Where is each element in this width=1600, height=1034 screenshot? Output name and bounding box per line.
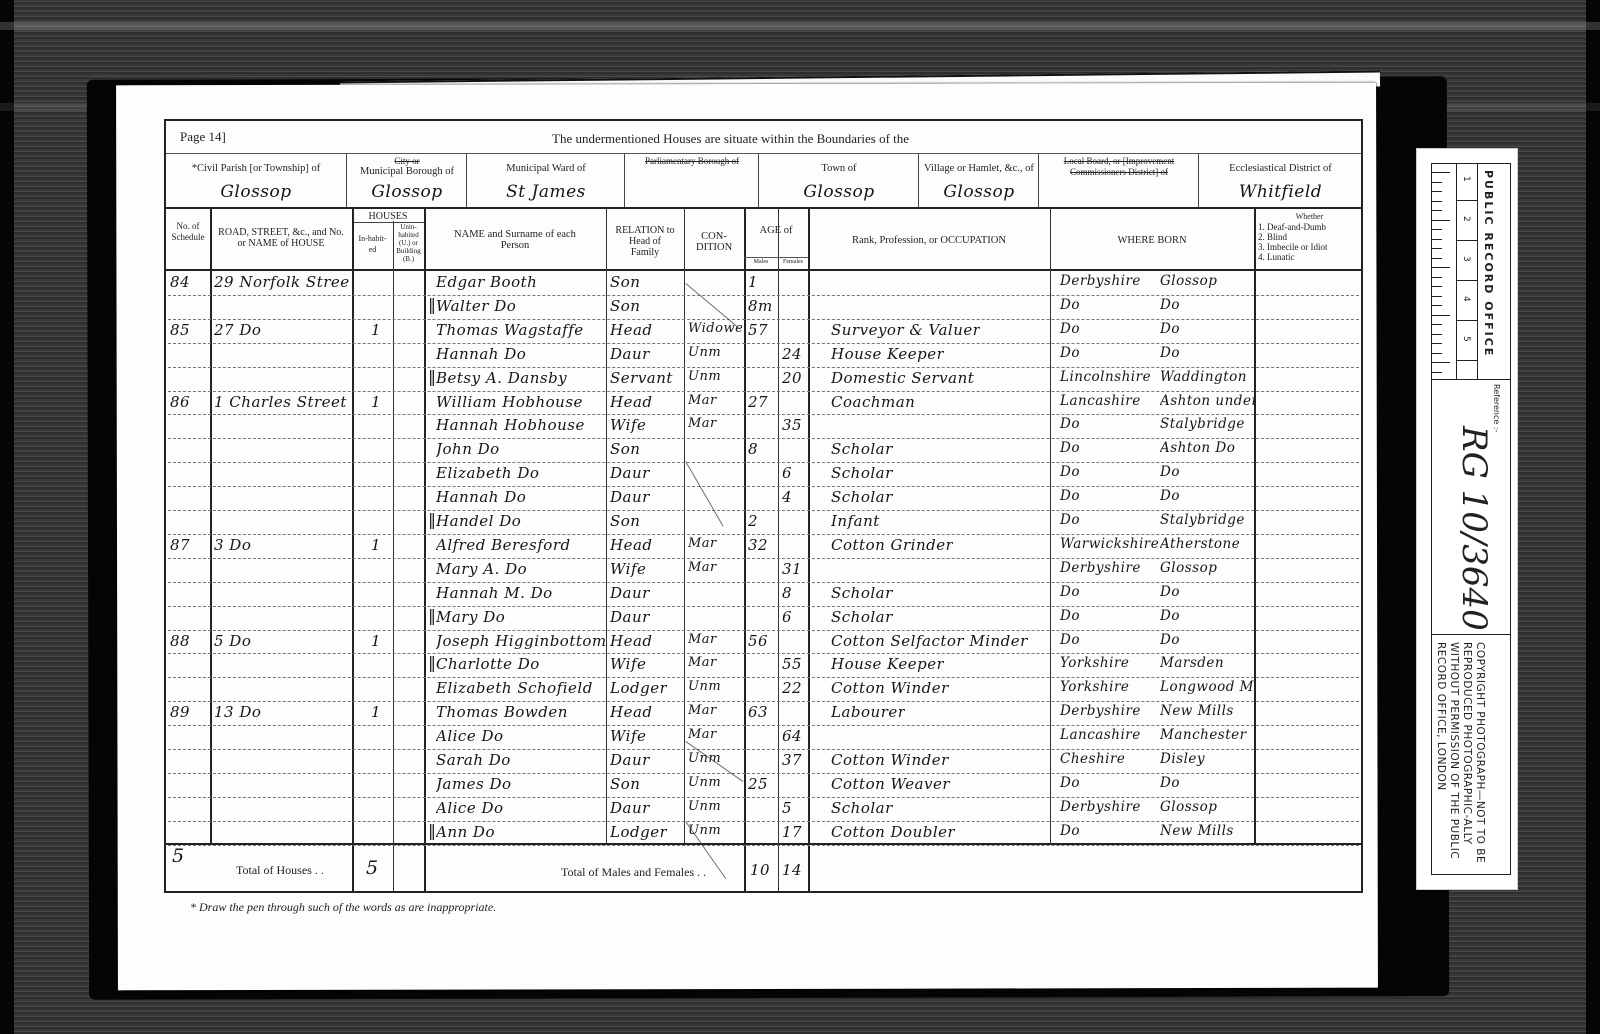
- district-cell: Parliamentary Borough of: [624, 154, 759, 207]
- birth-county: Yorkshire: [1060, 679, 1129, 695]
- schedule-number: 86: [170, 393, 190, 411]
- whether-option: 1. Deaf-and-Dumb: [1258, 222, 1361, 232]
- relation: Wife: [610, 560, 646, 578]
- person-name: Sarah Do: [436, 751, 511, 769]
- divider: [744, 257, 808, 258]
- census-row: Mary DoDaur6ScholarDoDo: [166, 606, 1361, 630]
- inhabited-mark: 1: [371, 632, 381, 650]
- scan-edge-right: [1586, 0, 1600, 1034]
- marital-condition: Mar: [688, 416, 717, 431]
- occupation: House Keeper: [831, 655, 944, 673]
- birth-place: Do: [1160, 488, 1180, 504]
- birth-place: Do: [1160, 608, 1180, 624]
- ruled-line: [168, 630, 1359, 631]
- birth-place: Longwood Moor: [1160, 679, 1256, 695]
- marital-condition: Unm: [688, 799, 721, 814]
- address: 13 Do: [214, 703, 261, 721]
- ruled-line: [168, 773, 1359, 774]
- address: 27 Do: [214, 321, 261, 339]
- age-male: 2: [748, 512, 758, 530]
- district-label: Municipal Borough of: [347, 166, 467, 177]
- whether-option: 3. Imbecile or Idiot: [1258, 242, 1361, 252]
- age-male: 63: [748, 703, 768, 721]
- birth-county: Do: [1060, 464, 1080, 480]
- relation: Head: [610, 321, 653, 339]
- archive-reference-tag: 12345 PUBLIC RECORD OFFICE Reference :- …: [1416, 148, 1518, 890]
- birth-place: Manchester: [1160, 727, 1247, 743]
- relation: Son: [610, 297, 640, 315]
- person-name: Charlotte Do: [436, 655, 540, 673]
- district-label: Town of: [759, 163, 919, 174]
- district-value: Glossop: [347, 182, 467, 202]
- person-name: Hannah Do: [436, 488, 526, 506]
- district-cell: Municipal Ward ofSt James: [466, 154, 625, 207]
- age-male: 8: [748, 440, 758, 458]
- occupation: Cotton Winder: [831, 679, 949, 697]
- occupation: Scholar: [831, 464, 893, 482]
- household-separator: ‖: [428, 510, 437, 529]
- birth-county: Do: [1060, 608, 1080, 624]
- column-rule: [393, 221, 394, 891]
- birth-place: Glossop: [1160, 560, 1217, 576]
- birth-place: Stalybridge: [1160, 416, 1245, 432]
- total-males: 10: [750, 861, 770, 879]
- reference-number: RG 10/3640: [1454, 426, 1494, 631]
- ruled-line: [168, 558, 1359, 559]
- person-name: Mary Do: [436, 608, 505, 626]
- ruler-mark: 3: [1461, 256, 1471, 262]
- birth-county: Derbyshire: [1060, 273, 1141, 289]
- relation: Lodger: [610, 679, 667, 697]
- total-females: 14: [782, 861, 802, 879]
- age-female: 31: [782, 560, 802, 578]
- occupation: Labourer: [831, 703, 905, 721]
- census-row: John DoSon8ScholarDoAshton Do: [166, 438, 1361, 462]
- person-name: Hannah M. Do: [436, 584, 553, 602]
- marital-condition: Unm: [688, 679, 721, 694]
- birth-place: Disley: [1160, 751, 1205, 767]
- birth-place: Ashton under Lyne: [1160, 393, 1256, 409]
- ruled-line: [168, 797, 1359, 798]
- ruled-line: [168, 438, 1359, 439]
- birth-county: Do: [1060, 512, 1080, 528]
- person-name: John Do: [436, 440, 500, 458]
- relation: Son: [610, 440, 640, 458]
- inhabited-mark: 1: [371, 536, 381, 554]
- census-row: Charlotte DoWifeMar55House KeeperYorkshi…: [166, 653, 1361, 677]
- birth-place: Stalybridge: [1160, 512, 1245, 528]
- occupation: Domestic Servant: [831, 369, 974, 387]
- birth-county: Do: [1060, 440, 1080, 456]
- ruled-line: [168, 486, 1359, 487]
- birth-county: Do: [1060, 297, 1080, 313]
- col-inhabited: In-habit-ed: [352, 233, 393, 255]
- district-value: Glossop: [919, 182, 1039, 202]
- district-struck-label: Parliamentary Borough of: [625, 156, 759, 167]
- census-row: Hannah M. DoDaur8ScholarDoDo: [166, 582, 1361, 606]
- relation: Wife: [610, 727, 646, 745]
- ruled-line: [168, 534, 1359, 535]
- relation: Daur: [610, 799, 650, 817]
- household-separator: ‖: [428, 367, 437, 386]
- total-schedules: 5: [172, 845, 184, 867]
- ruled-line: [168, 845, 1359, 846]
- person-name: Ann Do: [436, 823, 495, 841]
- census-row: Handel DoSon2InfantDoStalybridge: [166, 510, 1361, 534]
- occupation: Scholar: [831, 799, 893, 817]
- column-rule: [808, 207, 810, 891]
- col-name: NAME and Surname of each Person: [424, 229, 606, 251]
- birth-place: Do: [1160, 775, 1180, 791]
- district-label: *Civil Parish [or Township] of: [166, 163, 346, 174]
- ruled-line: [168, 510, 1359, 511]
- age-female: 22: [782, 679, 802, 697]
- birth-county: Do: [1060, 823, 1080, 839]
- relation: Lodger: [610, 823, 667, 841]
- census-row: Hannah DoDaur4ScholarDoDo: [166, 486, 1361, 510]
- person-name: Thomas Bowden: [436, 703, 568, 721]
- birth-place: New Mills: [1160, 703, 1234, 719]
- marital-condition: Unm: [688, 775, 721, 790]
- birth-county: Do: [1060, 775, 1080, 791]
- age-male: 25: [748, 775, 768, 793]
- address: 3 Do: [214, 536, 251, 554]
- ruled-line: [168, 343, 1359, 344]
- person-name: Edgar Booth: [436, 273, 537, 291]
- column-rule: [606, 207, 607, 843]
- census-row: 873 Do1Alfred BeresfordHeadMar32Cotton G…: [166, 534, 1361, 558]
- person-name: Elizabeth Do: [436, 464, 539, 482]
- col-females: Females: [778, 259, 808, 266]
- birth-county: Do: [1060, 416, 1080, 432]
- birth-county: Derbyshire: [1060, 703, 1141, 719]
- birth-county: Yorkshire: [1060, 655, 1129, 671]
- birth-place: Waddington: [1160, 369, 1247, 385]
- scale-ruler: [1432, 164, 1457, 379]
- inhabited-mark: 1: [371, 703, 381, 721]
- schedule-number: 84: [170, 273, 190, 291]
- birth-place: Ashton Do: [1160, 440, 1235, 456]
- ruled-line: [168, 725, 1359, 726]
- birth-county: Do: [1060, 345, 1080, 361]
- age-male: 8m: [748, 297, 773, 315]
- birth-place: Do: [1160, 297, 1180, 313]
- column-rule: [744, 207, 746, 891]
- occupation: House Keeper: [831, 345, 944, 363]
- birth-place: Do: [1160, 345, 1180, 361]
- marital-condition: Mar: [688, 536, 717, 551]
- occupation: Scholar: [831, 584, 893, 602]
- relation: Head: [610, 632, 653, 650]
- birth-county: Lancashire: [1060, 727, 1141, 743]
- census-row: Alice DoDaurUnm5ScholarDerbyshireGlossop: [166, 797, 1361, 821]
- ruled-line: [168, 367, 1359, 368]
- district-label: Village or Hamlet, &c., of: [919, 163, 1039, 174]
- page-number: Page 14]: [180, 129, 226, 145]
- total-houses: 5: [366, 857, 378, 879]
- marital-condition: Mar: [688, 727, 717, 742]
- birth-place: Marsden: [1160, 655, 1224, 671]
- address: 5 Do: [214, 632, 251, 650]
- birth-place: Atherstone: [1160, 536, 1240, 552]
- age-female: 24: [782, 345, 802, 363]
- ruled-line: [168, 462, 1359, 463]
- relation: Son: [610, 775, 640, 793]
- ruled-line: [168, 653, 1359, 654]
- occupation: Cotton Weaver: [831, 775, 950, 793]
- marital-condition: Mar: [688, 560, 717, 575]
- address: 1 Charles Street: [214, 393, 347, 411]
- col-where-born: WHERE BORN: [1050, 235, 1254, 246]
- census-row: 8913 Do1Thomas BowdenHeadMar63LabourerDe…: [166, 701, 1361, 725]
- occupation: Cotton Grinder: [831, 536, 953, 554]
- occupation: Surveyor & Valuer: [831, 321, 980, 339]
- inhabited-mark: 1: [371, 321, 381, 339]
- ruled-line: [168, 701, 1359, 702]
- age-male: 32: [748, 536, 768, 554]
- district-cell: Village or Hamlet, &c., ofGlossop: [918, 154, 1039, 207]
- census-row: Hannah DoDaurUnm24House KeeperDoDo: [166, 343, 1361, 367]
- age-female: 37: [782, 751, 802, 769]
- schedule-number: 85: [170, 321, 190, 339]
- district-cell: Local Board, or [Improvement Commissione…: [1038, 154, 1199, 207]
- district-value: Whitfield: [1199, 182, 1362, 202]
- person-name: Hannah Do: [436, 345, 526, 363]
- birth-county: Cheshire: [1060, 751, 1125, 767]
- census-row: 885 Do1Joseph HigginbottomHeadMar56Cotto…: [166, 630, 1361, 654]
- column-rule: [1254, 207, 1256, 843]
- census-row: 8429 Norfolk StreetEdgar BoothSon1Derbys…: [166, 271, 1361, 295]
- copyright-notice: COPYRIGHT PHOTOGRAPH—NOT TO BE REPRODUCE…: [1434, 642, 1486, 867]
- district-label: Ecclesiastical District of: [1199, 163, 1362, 174]
- district-cell: Ecclesiastical District ofWhitfield: [1198, 154, 1362, 207]
- age-female: 4: [782, 488, 792, 506]
- schedule-number: 88: [170, 632, 190, 650]
- footnote: * Draw the pen through such of the words…: [190, 900, 496, 915]
- birth-county: Do: [1060, 488, 1080, 504]
- ruled-line: [168, 414, 1359, 415]
- census-form: Page 14] The undermentioned Houses are s…: [164, 119, 1363, 893]
- birth-place: Glossop: [1160, 799, 1217, 815]
- household-separator: ‖: [428, 821, 437, 840]
- relation: Head: [610, 393, 653, 411]
- person-name: Alfred Beresford: [436, 536, 571, 554]
- district-value: Glossop: [166, 182, 346, 202]
- col-relation: RELATION to Head of Family: [606, 225, 684, 258]
- divider: [166, 207, 1361, 209]
- archive-title: PUBLIC RECORD OFFICE: [1482, 170, 1495, 357]
- relation: Wife: [610, 655, 646, 673]
- age-female: 20: [782, 369, 802, 387]
- person-name: Hannah Hobhouse: [436, 416, 585, 434]
- district-cell: *Civil Parish [or Township] ofGlossop: [166, 154, 346, 207]
- birth-county: Lincolnshire: [1060, 369, 1151, 385]
- ruled-line: [168, 391, 1359, 392]
- occupation: Cotton Doubler: [831, 823, 955, 841]
- age-female: 17: [782, 823, 802, 841]
- relation: Son: [610, 273, 640, 291]
- column-rule: [210, 207, 212, 843]
- marital-condition: Unm: [688, 345, 721, 360]
- col-road: ROAD, STREET, &c., and No. or NAME of HO…: [210, 227, 352, 249]
- person-name: Walter Do: [436, 297, 516, 315]
- whether-option: 4. Lunatic: [1258, 252, 1361, 262]
- birth-place: Do: [1160, 632, 1180, 648]
- ruled-line: [168, 295, 1359, 296]
- col-age: AGE of: [744, 225, 808, 236]
- column-rule: [1050, 207, 1051, 843]
- total-persons-label: Total of Males and Females . .: [561, 865, 706, 880]
- relation: Daur: [610, 464, 650, 482]
- birth-place: Do: [1160, 321, 1180, 337]
- birth-place: Glossop: [1160, 273, 1217, 289]
- person-name: Mary A. Do: [436, 560, 527, 578]
- age-female: 5: [782, 799, 792, 817]
- occupation: Scholar: [831, 488, 893, 506]
- census-row: Elizabeth SchofieldLodgerUnm22Cotton Win…: [166, 677, 1361, 701]
- age-male: 56: [748, 632, 768, 650]
- column-rule: [424, 207, 426, 891]
- age-male: 1: [748, 273, 758, 291]
- relation: Servant: [610, 369, 673, 387]
- census-row: James DoSonUnm25Cotton WeaverDoDo: [166, 773, 1361, 797]
- age-male: 27: [748, 393, 768, 411]
- household-separator: ‖: [428, 606, 437, 625]
- district-label: Municipal Ward of: [467, 163, 625, 174]
- census-row: Elizabeth DoDaur6ScholarDoDo: [166, 462, 1361, 486]
- person-name: Alice Do: [436, 727, 504, 745]
- marital-condition: Mar: [688, 632, 717, 647]
- birth-place: Do: [1160, 584, 1180, 600]
- ruler-mark: 1: [1461, 176, 1471, 182]
- age-female: 64: [782, 727, 802, 745]
- birth-county: Derbyshire: [1060, 799, 1141, 815]
- relation: Son: [610, 512, 640, 530]
- birth-county: Do: [1060, 584, 1080, 600]
- person-name: Elizabeth Schofield: [436, 679, 593, 697]
- occupation: Cotton Winder: [831, 751, 949, 769]
- occupation: Coachman: [831, 393, 915, 411]
- marital-condition: Mar: [688, 655, 717, 670]
- relation: Head: [610, 536, 653, 554]
- occupation: Cotton Selfactor Minder: [831, 632, 1028, 650]
- ruler-mark: 2: [1461, 216, 1471, 222]
- scan-edge-left: [0, 0, 14, 1034]
- occupation: Scholar: [831, 440, 893, 458]
- col-condition: CON-DITION: [684, 231, 744, 253]
- birth-place: Do: [1160, 464, 1180, 480]
- col-houses: HOUSES: [352, 211, 424, 223]
- age-male: 57: [748, 321, 768, 339]
- person-name: Handel Do: [436, 512, 521, 530]
- relation: Daur: [610, 488, 650, 506]
- boundaries-heading: The undermentioned Houses are situate wi…: [552, 131, 909, 147]
- marital-condition: Mar: [688, 393, 717, 408]
- district-value: St James: [467, 182, 625, 202]
- person-name: James Do: [436, 775, 512, 793]
- household-separator: ‖: [428, 653, 437, 672]
- ruled-line: [168, 319, 1359, 320]
- ruler-mark: 5: [1461, 336, 1471, 342]
- whether-title: Whether: [1258, 211, 1361, 222]
- age-female: 55: [782, 655, 802, 673]
- ruled-line: [168, 677, 1359, 678]
- ruled-line: [168, 749, 1359, 750]
- birth-county: Do: [1060, 632, 1080, 648]
- col-schedule: No. of Schedule: [166, 221, 210, 243]
- col-occupation: Rank, Profession, or OCCUPATION: [808, 235, 1050, 246]
- scale-ruler-numbers: 12345: [1457, 164, 1478, 379]
- birth-place: New Mills: [1160, 823, 1234, 839]
- ruled-line: [168, 821, 1359, 822]
- relation: Wife: [610, 416, 646, 434]
- relation: Daur: [610, 345, 650, 363]
- census-row: Walter DoSon8mDoDo: [166, 295, 1361, 319]
- birth-county: Warwickshire: [1060, 536, 1159, 552]
- occupation: Infant: [831, 512, 880, 530]
- census-row: Betsy A. DansbyServantUnm20Domestic Serv…: [166, 367, 1361, 391]
- census-row: 8527 Do1Thomas WagstaffeHeadWidower57Sur…: [166, 319, 1361, 343]
- relation: Daur: [610, 584, 650, 602]
- inhabited-mark: 1: [371, 393, 381, 411]
- marital-condition: Unm: [688, 369, 721, 384]
- age-female: 35: [782, 416, 802, 434]
- age-female: 8: [782, 584, 792, 602]
- relation: Daur: [610, 608, 650, 626]
- column-rule: [352, 207, 354, 891]
- total-houses-label: Total of Houses . .: [236, 863, 324, 878]
- ruled-line: [168, 606, 1359, 607]
- person-name: William Hobhouse: [436, 393, 583, 411]
- schedule-number: 87: [170, 536, 190, 554]
- col-uninhabited: Unin-habited (U.) or Building (B.): [393, 223, 424, 263]
- birth-county: Lancashire: [1060, 393, 1141, 409]
- person-name: Betsy A. Dansby: [436, 369, 567, 387]
- column-rule: [778, 207, 779, 891]
- census-row: Sarah DoDaurUnm37Cotton WinderCheshireDi…: [166, 749, 1361, 773]
- col-whether: Whether1. Deaf-and-Dumb2. Blind3. Imbeci…: [1258, 211, 1361, 262]
- district-value: Glossop: [759, 182, 919, 202]
- person-name: Joseph Higginbottom: [436, 632, 607, 650]
- relation: Head: [610, 703, 653, 721]
- district-cell: Town ofGlossop: [758, 154, 919, 207]
- household-separator: ‖: [428, 295, 437, 314]
- person-name: Alice Do: [436, 799, 504, 817]
- relation: Daur: [610, 751, 650, 769]
- census-row: Alice DoWifeMar64LancashireManchester: [166, 725, 1361, 749]
- district-struck-label: Local Board, or [Improvement Commissione…: [1039, 156, 1199, 178]
- age-female: 6: [782, 608, 792, 626]
- whether-option: 2. Blind: [1258, 232, 1361, 242]
- col-males: Males: [744, 259, 778, 266]
- age-female: 6: [782, 464, 792, 482]
- district-cell: City orMunicipal Borough ofGlossop: [346, 154, 467, 207]
- census-row: Hannah HobhouseWifeMar35DoStalybridge: [166, 414, 1361, 438]
- scan-band: [0, 22, 1600, 30]
- birth-county: Do: [1060, 321, 1080, 337]
- census-row: Mary A. DoWifeMar31DerbyshireGlossop: [166, 558, 1361, 582]
- census-row: 861 Charles Street1William HobhouseHeadM…: [166, 391, 1361, 415]
- address: 29 Norfolk Street: [214, 273, 350, 291]
- census-row: Ann DoLodgerUnm17Cotton DoublerDoNew Mil…: [166, 821, 1361, 845]
- ruler-mark: 4: [1461, 296, 1471, 302]
- birth-county: Derbyshire: [1060, 560, 1141, 576]
- column-rule: [684, 207, 685, 843]
- marital-condition: Mar: [688, 703, 717, 718]
- ruled-line: [168, 582, 1359, 583]
- schedule-number: 89: [170, 703, 190, 721]
- person-name: Thomas Wagstaffe: [436, 321, 584, 339]
